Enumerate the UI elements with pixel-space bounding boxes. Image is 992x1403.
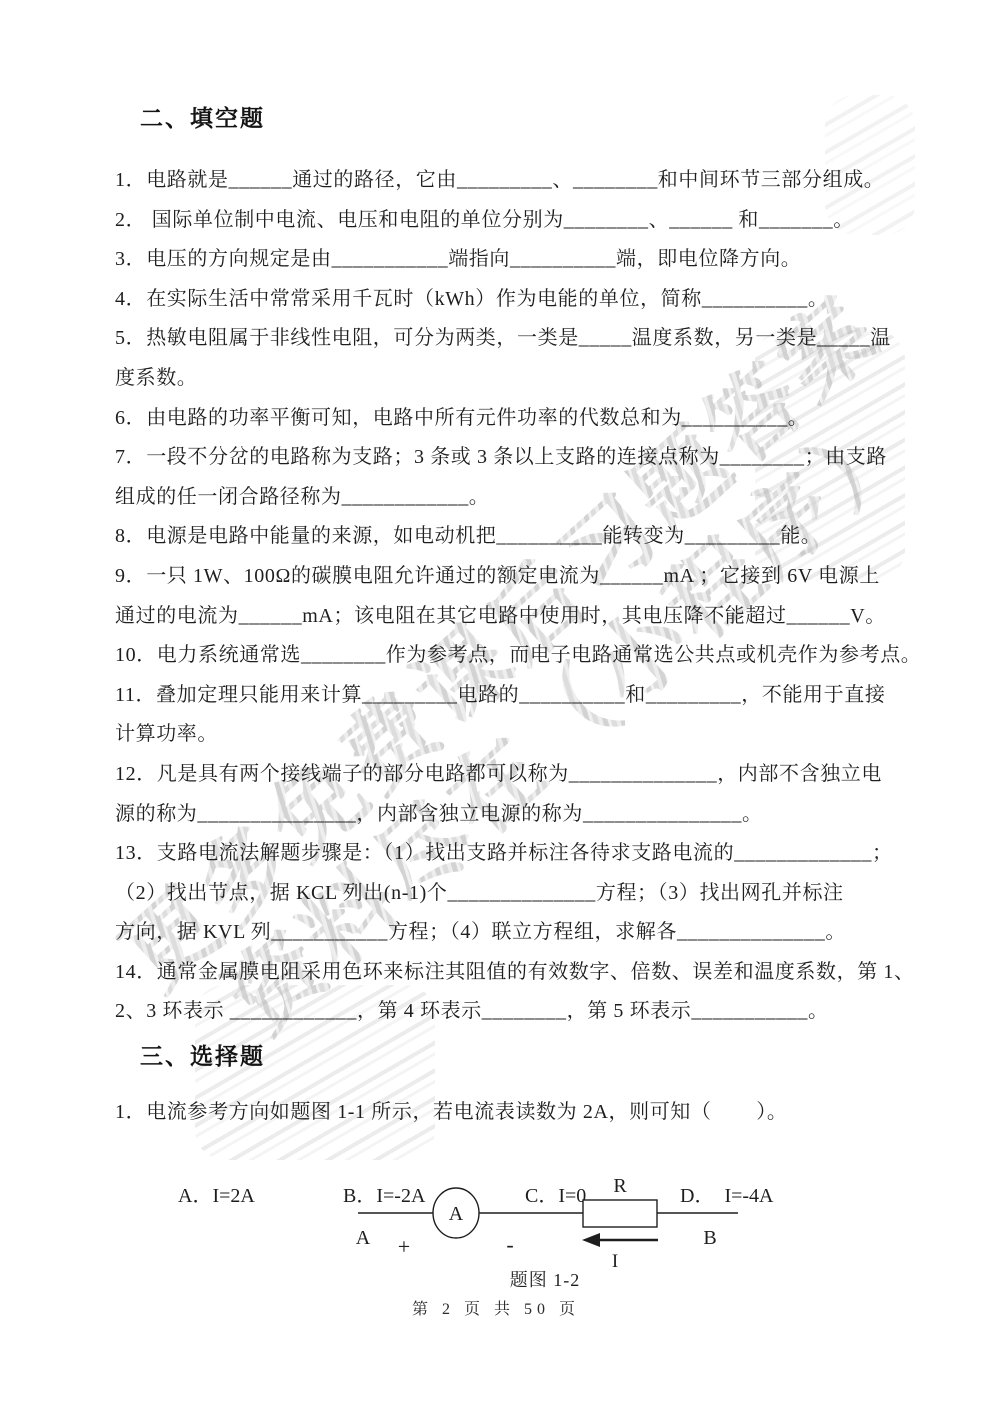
question-line: 13．支路电流法解题步骤是：（1）找出支路并标注各待求支路电流的________… xyxy=(115,834,915,874)
ammeter-label: A xyxy=(449,1203,464,1225)
question-line: 9．一只 1W、100Ω的碳膜电阻允许通过的额定电流为______mA ；它接到… xyxy=(115,557,915,597)
question-line: 方向，据 KVL 列___________方程；（4）联立方程组，求解各____… xyxy=(115,913,915,953)
page-number-footer: 第 2 页 共 50 页 xyxy=(0,1296,992,1319)
current-arrow-head xyxy=(582,1233,600,1247)
section-heading-multiple-choice: 三、选择题 xyxy=(140,1038,265,1071)
question-line: 组成的任一闭合路径称为____________。 xyxy=(115,478,915,518)
question-line: 计算功率。 xyxy=(115,715,915,755)
question-line: （2）找出节点，据 KCL 列出(n-1)个______________方程；（… xyxy=(115,874,915,914)
option-a: A．I=2A xyxy=(178,1176,343,1216)
question-line: 3．电压的方向规定是由___________端指向__________端，即电位… xyxy=(115,240,915,280)
question-line: 11．叠加定理只能用来计算_________电路的__________和____… xyxy=(115,676,915,716)
question-line: 通过的电流为______mA；该电阻在其它电路中使用时，其电压降不能超过____… xyxy=(115,597,915,637)
choice-question-1: 1．电流参考方向如题图 1-1 所示，若电流表读数为 2A，则可知（ ）。 xyxy=(115,1092,788,1132)
resistor-label: R xyxy=(613,1175,627,1197)
minus-sign: - xyxy=(506,1232,513,1257)
document-page: 更多免费课后习题答案 资料尽在（小程序） 二、填空题 1．电路就是______通… xyxy=(0,0,992,1403)
question-line: 4．在实际生活中常常采用千瓦时（kWh）作为电能的单位，简称__________… xyxy=(115,280,915,320)
node-a-label: A xyxy=(356,1227,371,1249)
question-line: 12．凡是具有两个接线端子的部分电路都可以称为______________，内部… xyxy=(115,755,915,795)
node-b-label: B xyxy=(703,1227,716,1249)
question-line: 2． 国际单位制中电流、电压和电阻的单位分别为________、______ 和… xyxy=(115,201,915,241)
question-line: 1．电路就是______通过的路径，它由_________、________和中… xyxy=(115,161,915,201)
question-line: 5．热敏电阻属于非线性电阻，可分为两类，一类是_____温度系数，另一类是___… xyxy=(115,319,915,359)
question-line: 6．由电路的功率平衡可知，电路中所有元件功率的代数总和为__________。 xyxy=(115,399,915,439)
fill-in-questions: 1．电路就是______通过的路径，它由_________、________和中… xyxy=(115,161,915,1032)
question-line: 2、3 环表示 ____________，第 4 环表示________，第 5… xyxy=(115,992,915,1032)
section-heading-fill-in-blanks: 二、填空题 xyxy=(140,100,265,133)
resistor-box xyxy=(583,1200,657,1227)
question-line: 度系数。 xyxy=(115,359,915,399)
question-line: 8．电源是电路中能量的来源，如电动机把__________能转变为_______… xyxy=(115,517,915,557)
question-line: 7．一段不分岔的电路称为支路；3 条或 3 条以上支路的连接点称为_______… xyxy=(115,438,915,478)
question-line: 10．电力系统通常选________作为参考点，而电子电路通常选公共点或机壳作为… xyxy=(115,636,915,676)
figure-caption: 题图 1-2 xyxy=(330,1266,760,1292)
question-line: 14．通常金属膜电阻采用色环来标注其阻值的有效数字、倍数、误差和温度系数，第 1… xyxy=(115,953,915,993)
question-line: 源的称为_______________，内部含独立电源的称为__________… xyxy=(115,795,915,835)
plus-sign: + xyxy=(398,1234,410,1259)
page-content: 二、填空题 1．电路就是______通过的路径，它由_________、____… xyxy=(0,0,992,1403)
